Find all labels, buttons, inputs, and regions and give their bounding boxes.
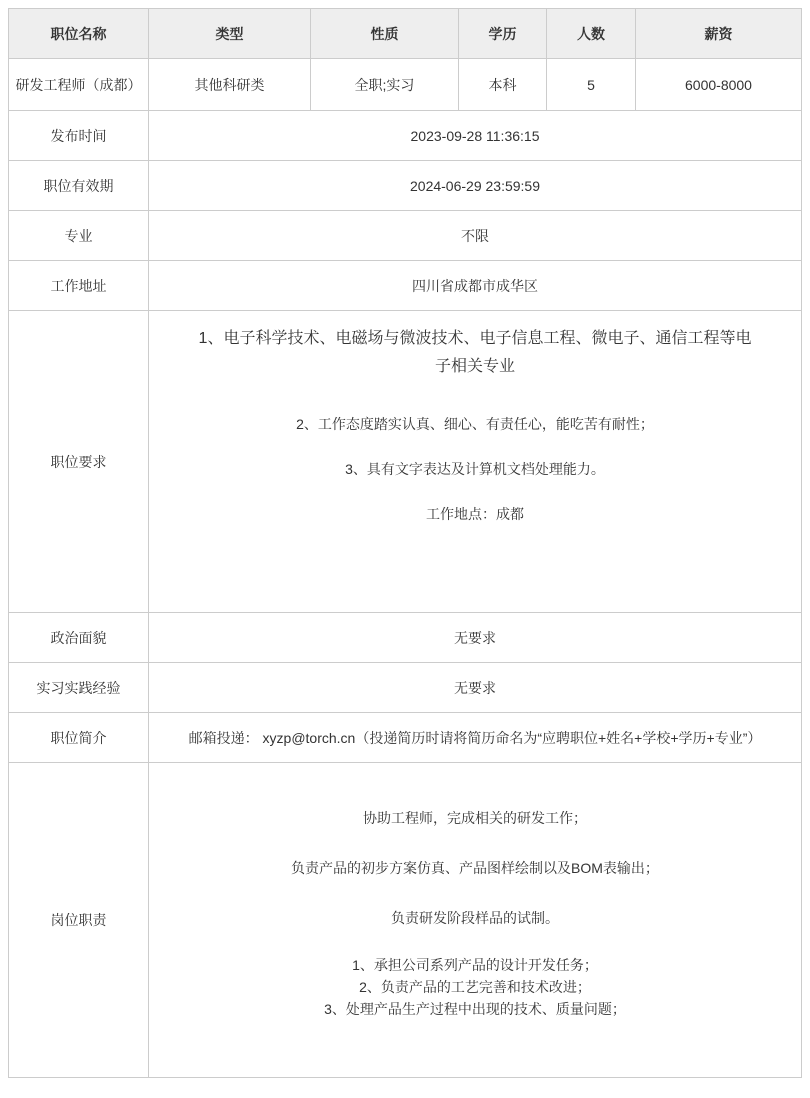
publish-time-value: 2023-09-28 11:36:15: [149, 111, 802, 161]
requirements-label: 职位要求: [9, 311, 149, 613]
major-label: 专业: [9, 211, 149, 261]
requirements-content: 1、电子科学技术、电磁场与微波技术、电子信息工程、微电子、通信工程等电子相关专业…: [155, 315, 795, 528]
cell-nature: 全职;实习: [311, 59, 459, 111]
requirements-value: 1、电子科学技术、电磁场与微波技术、电子信息工程、微电子、通信工程等电子相关专业…: [149, 311, 802, 613]
valid-until-row: 职位有效期 2024-06-29 23:59:59: [9, 161, 802, 211]
header-cell-salary: 薪资: [636, 9, 802, 59]
responsibilities-value: 协助工程师，完成相关的研发工作； 负责产品的初步方案仿真、产品图样绘制以及BOM…: [149, 763, 802, 1078]
header-cell-position-name: 职位名称: [9, 9, 149, 59]
political-status-row: 政治面貌 无要求: [9, 613, 802, 663]
work-address-value: 四川省成都市成华区: [149, 261, 802, 311]
requirement-item: 3、具有文字表达及计算机文档处理能力。: [155, 455, 795, 483]
valid-until-value: 2024-06-29 23:59:59: [149, 161, 802, 211]
requirement-work-location: 工作地点：成都: [155, 500, 795, 528]
header-cell-headcount: 人数: [547, 9, 636, 59]
job-intro-label: 职位简介: [9, 713, 149, 763]
publish-time-row: 发布时间 2023-09-28 11:36:15: [9, 111, 802, 161]
internship-experience-label: 实习实践经验: [9, 663, 149, 713]
responsibility-paragraph: 负责产品的初步方案仿真、产品图样绘制以及BOM表输出；: [155, 854, 795, 882]
responsibility-item: 2、负责产品的工艺完善和技术改进；: [155, 976, 795, 998]
job-detail-page: 职位名称 类型 性质 学历 人数 薪资 研发工程师（成都） 其他科研类 全职;实…: [0, 0, 810, 1098]
cell-position-name: 研发工程师（成都）: [9, 59, 149, 111]
major-row: 专业 不限: [9, 211, 802, 261]
responsibility-paragraph: 负责研发阶段样品的试制。: [155, 904, 795, 932]
header-cell-nature: 性质: [311, 9, 459, 59]
job-details-table: 职位名称 类型 性质 学历 人数 薪资 研发工程师（成都） 其他科研类 全职;实…: [8, 8, 802, 1078]
job-intro-value: 邮箱投递： xyzp@torch.cn（投递简历时请将简历命名为“应聘职位+姓名…: [149, 713, 802, 763]
cell-type: 其他科研类: [149, 59, 311, 111]
internship-experience-row: 实习实践经验 无要求: [9, 663, 802, 713]
requirement-item: 1、电子科学技术、电磁场与微波技术、电子信息工程、微电子、通信工程等电子相关专业: [195, 325, 755, 381]
internship-experience-value: 无要求: [149, 663, 802, 713]
header-cell-education: 学历: [459, 9, 547, 59]
job-intro-row: 职位简介 邮箱投递： xyzp@torch.cn（投递简历时请将简历命名为“应聘…: [9, 713, 802, 763]
political-status-value: 无要求: [149, 613, 802, 663]
header-cell-type: 类型: [149, 9, 311, 59]
cell-headcount: 5: [547, 59, 636, 111]
requirement-item: 2、工作态度踏实认真、细心、有责任心，能吃苦有耐性；: [155, 410, 795, 438]
publish-time-label: 发布时间: [9, 111, 149, 161]
responsibilities-label: 岗位职责: [9, 763, 149, 1078]
work-address-label: 工作地址: [9, 261, 149, 311]
responsibility-paragraph: 协助工程师，完成相关的研发工作；: [155, 804, 795, 832]
responsibility-item: 3、处理产品生产过程中出现的技术、质量问题；: [155, 998, 795, 1020]
major-value: 不限: [149, 211, 802, 261]
cell-salary: 6000-8000: [636, 59, 802, 111]
job-summary-row: 研发工程师（成都） 其他科研类 全职;实习 本科 5 6000-8000: [9, 59, 802, 111]
responsibilities-content: 协助工程师，完成相关的研发工作； 负责产品的初步方案仿真、产品图样绘制以及BOM…: [155, 767, 795, 1020]
political-status-label: 政治面貌: [9, 613, 149, 663]
responsibilities-row: 岗位职责 协助工程师，完成相关的研发工作； 负责产品的初步方案仿真、产品图样绘制…: [9, 763, 802, 1078]
requirements-row: 职位要求 1、电子科学技术、电磁场与微波技术、电子信息工程、微电子、通信工程等电…: [9, 311, 802, 613]
cell-education: 本科: [459, 59, 547, 111]
responsibility-item: 1、承担公司系列产品的设计开发任务；: [155, 954, 795, 976]
work-address-row: 工作地址 四川省成都市成华区: [9, 261, 802, 311]
table-header-row: 职位名称 类型 性质 学历 人数 薪资: [9, 9, 802, 59]
valid-until-label: 职位有效期: [9, 161, 149, 211]
